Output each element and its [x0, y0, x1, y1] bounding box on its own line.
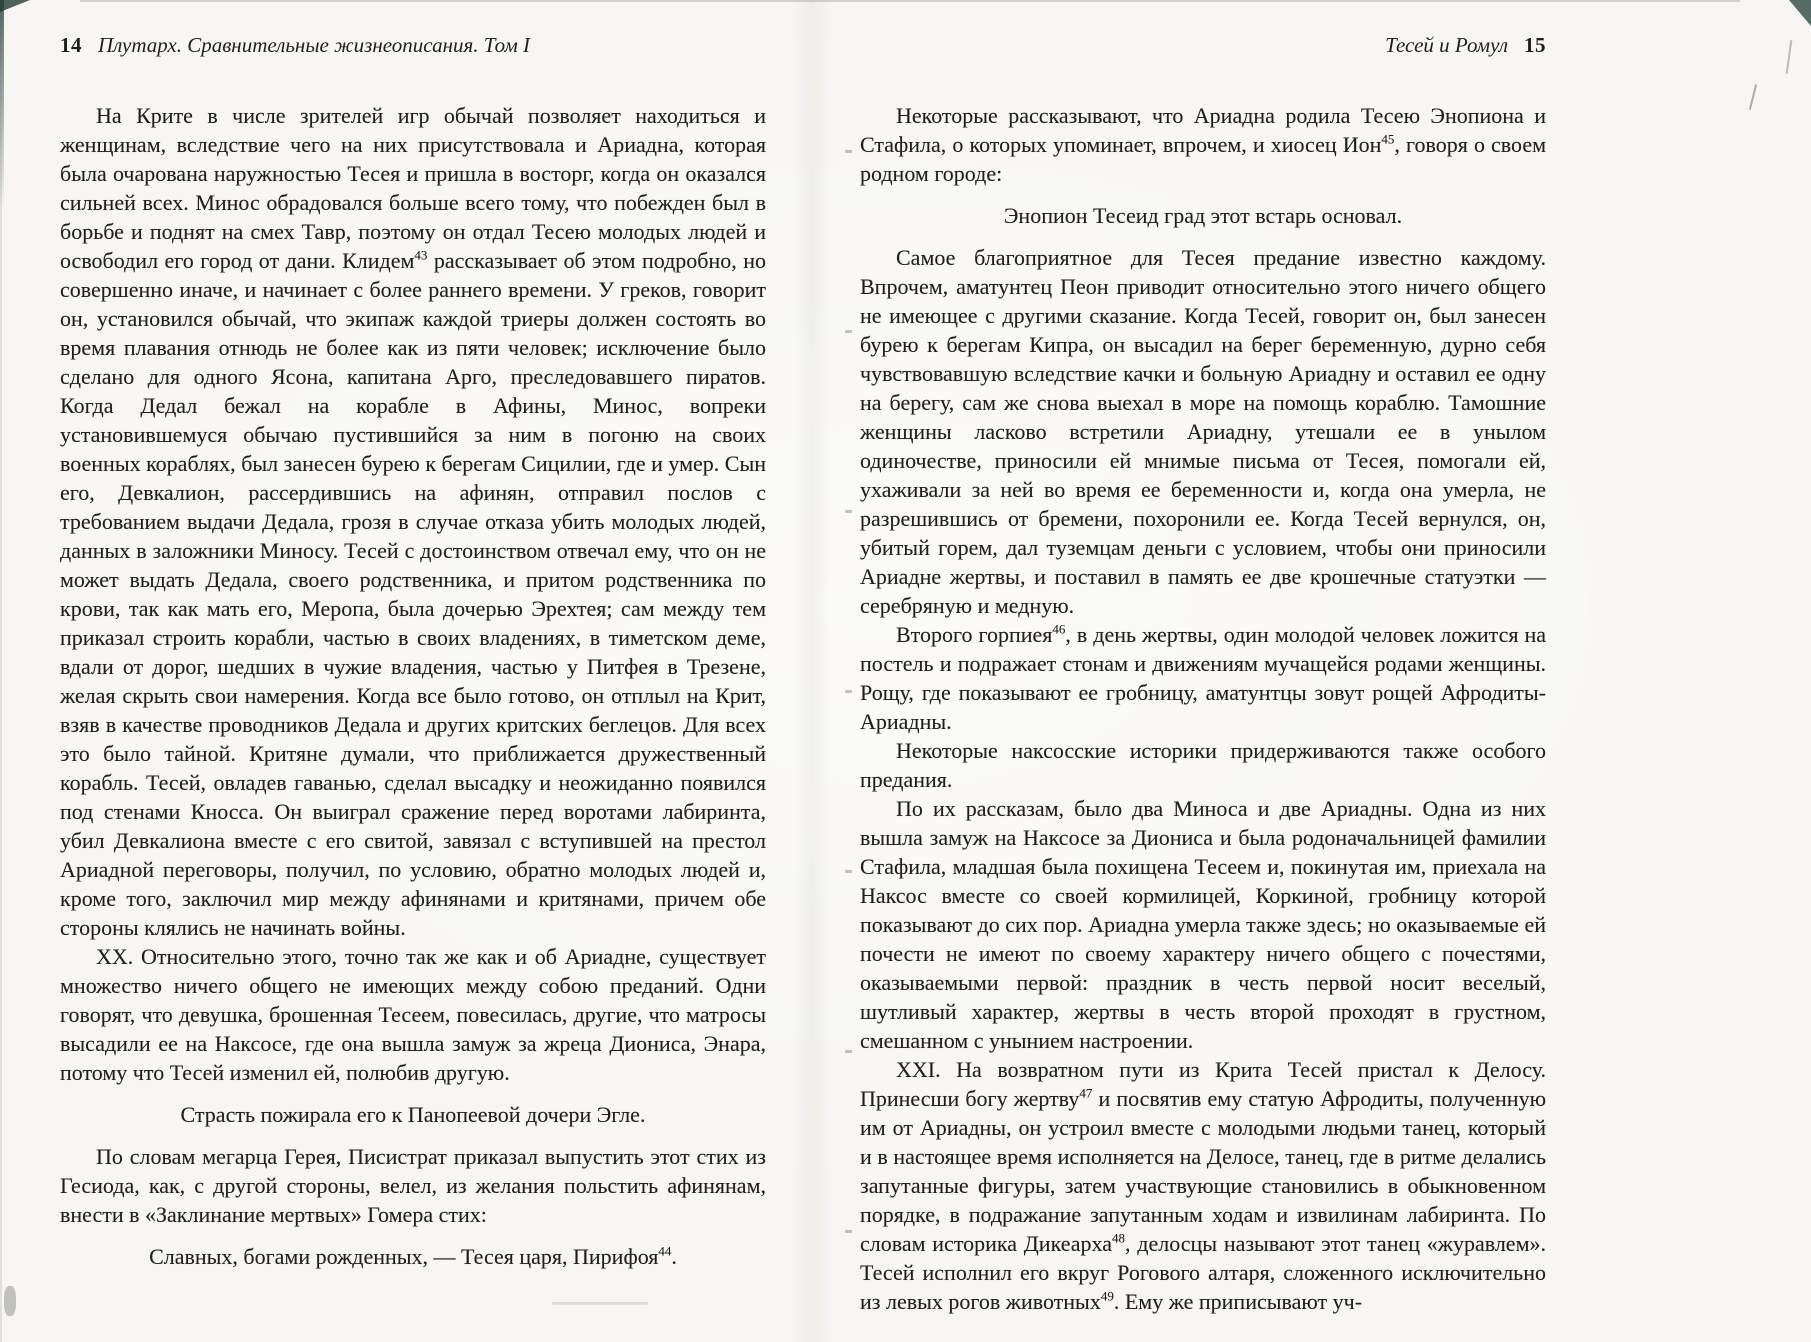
right-page-body: Некоторые рассказывают, что Ариадна роди…	[860, 101, 1546, 1316]
scan-gutter-tick	[845, 330, 852, 333]
scan-gutter-tick	[845, 150, 852, 153]
footnote-ref: 44	[658, 1244, 671, 1259]
scan-gutter-tick	[845, 510, 852, 513]
body-paragraph: Некоторые наксосские историки придержива…	[860, 736, 1546, 794]
scan-gutter-tick	[845, 870, 852, 873]
body-paragraph: По их рассказам, было два Миноса и две А…	[860, 794, 1546, 1055]
page-number-right: 15	[1524, 33, 1546, 57]
body-paragraph: XX. Относительно этого, точно так же как…	[60, 942, 766, 1087]
scan-gutter-tick	[845, 1230, 852, 1233]
right-page-header: Тесей и Ромул 15	[860, 33, 1546, 57]
scan-gutter-tick	[845, 690, 852, 693]
left-page-body: На Крите в числе зрителей игр обычай поз…	[60, 101, 766, 1271]
scan-dash-bottom	[552, 1302, 648, 1305]
scan-mark-right-2	[1786, 40, 1793, 74]
scan-smudge-top-left	[0, 0, 30, 12]
scan-smudge-bottom-left	[4, 1286, 16, 1316]
body-paragraph: XXI. На возвратном пути из Крита Тесей п…	[860, 1055, 1546, 1316]
book-spread: 14 Плутарх. Сравнительные жизнеописания.…	[0, 0, 1811, 1342]
running-title-left: Плутарх. Сравнительные жизнеописания. То…	[98, 33, 530, 57]
scan-streak-left-edge	[0, 0, 4, 210]
body-paragraph: На Крите в числе зрителей игр обычай поз…	[60, 101, 766, 942]
body-paragraph: Самое благоприятное для Тесея предание и…	[860, 243, 1546, 620]
footnote-ref: 43	[414, 248, 427, 263]
running-title-right: Тесей и Ромул	[1385, 33, 1508, 57]
body-paragraph: Второго горпиея46, в день жертвы, один м…	[860, 620, 1546, 736]
footnote-ref: 48	[1112, 1231, 1125, 1246]
footnote-ref: 47	[1079, 1086, 1092, 1101]
footnote-ref: 49	[1101, 1289, 1114, 1304]
footnote-ref: 46	[1052, 622, 1065, 637]
page-number-left: 14	[60, 33, 82, 57]
page-gutter-shadow	[792, 0, 832, 1342]
body-paragraph: По словам мегарца Герея, Писистрат прика…	[60, 1142, 766, 1229]
verse-line: Энопион Тесеид град этот встарь основал.	[860, 201, 1546, 230]
scan-smudge-top-right	[1789, 0, 1811, 26]
scan-gutter-tick	[845, 1050, 852, 1053]
scan-mark-right-1	[1749, 84, 1757, 110]
verse-line: Страсть пожирала его к Панопеевой дочери…	[60, 1100, 766, 1129]
body-paragraph: Некоторые рассказывают, что Ариадна роди…	[860, 101, 1546, 188]
footnote-ref: 45	[1381, 132, 1394, 147]
verse-line: Славных, богами рожденных, — Тесея царя,…	[60, 1242, 766, 1271]
scan-hairline-top-edge	[80, 0, 1740, 2]
left-page: 14 Плутарх. Сравнительные жизнеописания.…	[60, 33, 766, 1284]
left-page-header: 14 Плутарх. Сравнительные жизнеописания.…	[60, 33, 766, 57]
scan-hairline-left-edge	[0, 0, 2, 1342]
right-page: Тесей и Ромул 15 Некоторые рассказывают,…	[860, 33, 1546, 1316]
